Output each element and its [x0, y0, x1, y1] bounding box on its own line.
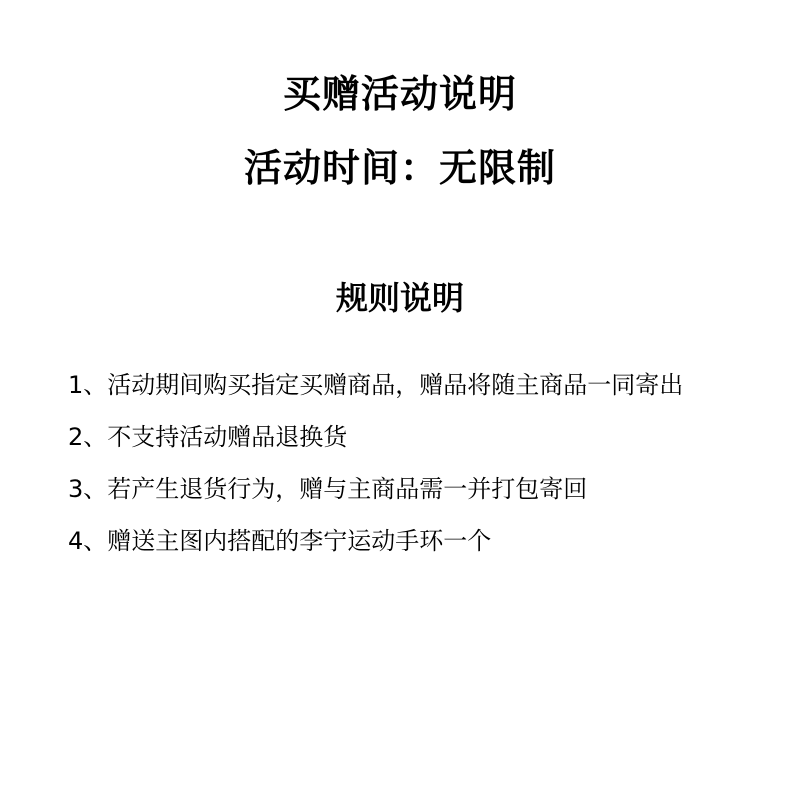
rule-item: 4、赠送主图内搭配的李宁运动手环一个 [68, 526, 683, 556]
rule-item: 2、不支持活动赠品退换货 [68, 422, 683, 452]
activity-time: 活动时间：无限制 [0, 146, 800, 190]
rules-heading: 规则说明 [0, 278, 800, 318]
rule-item: 1、活动期间购买指定买赠商品，赠品将随主商品一同寄出 [68, 370, 683, 400]
rules-list: 1、活动期间购买指定买赠商品，赠品将随主商品一同寄出 2、不支持活动赠品退换货 … [68, 370, 683, 578]
rule-item: 3、若产生退货行为，赠与主商品需一并打包寄回 [68, 474, 683, 504]
page-title: 买赠活动说明 [0, 72, 800, 116]
